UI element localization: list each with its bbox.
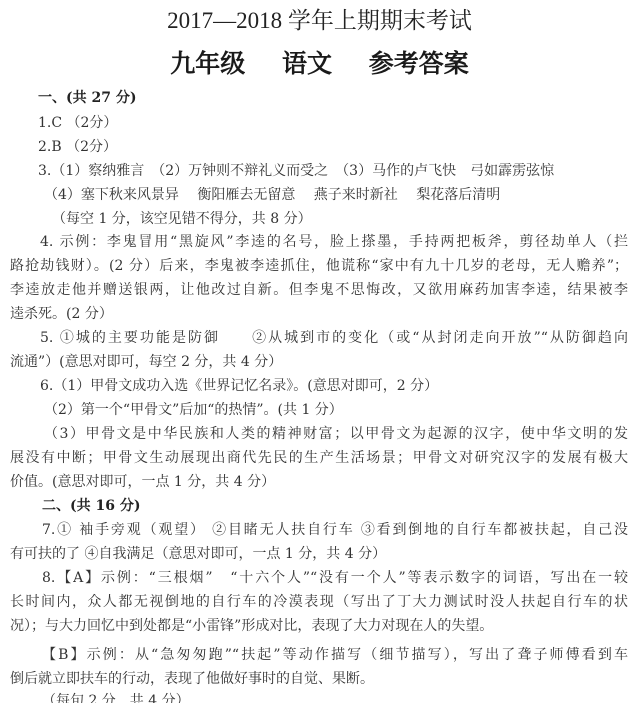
answer-key-title: 九年级 语文 参考答案 — [0, 44, 639, 80]
answer-q4-line1: 4. 示例：李鬼冒用“黑旋风”李逵的名号，脸上搽墨，手持两把板斧，剪径劫单人（拦 — [40, 232, 628, 252]
answer-q3-line1: 3.（1）察纳雅言 （2）万钟则不辩礼义而受之 （3）马作的卢飞快 弓如霹雳弦惊 — [38, 161, 630, 181]
answer-q7-line2: 有可扶的了 ④自我满足（意思对即可，一点 1 分，共 4 分） — [10, 544, 630, 564]
answer-q5-line2: 流通”）(意思对即可，每空 2 分，共 4 分） — [10, 352, 630, 372]
answer-q6-line3: （3）甲骨文是中华民族和人类的精神财富；以甲骨文为起源的汉字，使中华文明的发 — [44, 424, 628, 444]
answer-q6-line5: 价值。(意思对即可，一点 1 分，共 4 分） — [10, 472, 630, 492]
answer-q6-line1: 6.（1）甲骨文成功入选《世界记忆名录》。(意思对即可，2 分） — [40, 376, 639, 396]
section-one-heading: 一、(共 27 分) — [38, 88, 639, 108]
answer-q1: 1.C （2分） — [38, 113, 639, 133]
exam-title: 2017—2018 学年上期期末考试 — [0, 2, 639, 35]
answer-key-label: 参考答案 — [369, 49, 469, 78]
answer-q6-line2: （2）第一个“甲骨文”后加“的热情”。(共 1 分） — [44, 400, 639, 420]
answer-q3-line2: （4）塞下秋来风景异 衡阳雁去无留意 燕子来时新社 梨花落后清明 — [44, 185, 639, 205]
answer-q8b-line2: 倒后就立即扶车的行动，表现了他做好事时的自觉、果断。 — [10, 669, 630, 689]
answer-q5-line1: 5. ①城的主要功能是防御 ②从城到市的变化（或“从封闭走向开放”“从防御趋向 — [40, 328, 628, 348]
subject-label: 语文 — [282, 49, 332, 78]
answer-q8a-line1: 8.【A】示例：“三根烟” “十六个人”“没有一个人”等表示数字的词语，写出在一… — [42, 568, 628, 588]
answer-q6-line4: 展没有中断；甲骨文生动展现出商代先民的生产生活场景；甲骨文对研究汉字的发展有极大 — [10, 448, 628, 468]
answer-q4-line4: 逵杀死。(2 分） — [10, 304, 630, 324]
grade-label: 九年级 — [170, 49, 245, 78]
answer-q4-line2: 路抢劫钱财）。(2 分）后来，李鬼被李逵抓住，他谎称“家中有九十几岁的老母，无人… — [10, 256, 628, 276]
answer-q7-line1: 7.① 袖手旁观（观望） ②目睹无人扶自行车 ③看到倒地的自行车都被扶起，自己没 — [42, 520, 628, 540]
answer-q3-note: （每空 1 分，该空见错不得分，共 8 分） — [52, 209, 639, 229]
answer-q8b-line1: 【B】示例：从“急匆匆跑”“扶起”等动作描写（细节描写），写出了聋子师傅看到车 — [42, 645, 628, 665]
section-two-heading: 二、(共 16 分) — [42, 496, 639, 516]
answer-q8-note: （每句 2 分，共 4 分） — [42, 691, 639, 703]
answer-q8a-line3: 况）；与大力回忆中到处都是“小雷锋”形成对比，表现了大力对现在人的失望。 — [10, 616, 630, 636]
answer-q4-line3: 李逵放走他并赠送银两，让他改过自新。但李鬼不思悔改，又欲用麻药加害李逵，结果被李 — [10, 280, 628, 300]
answer-q2: 2.B （2分） — [38, 137, 639, 157]
answer-q8a-line2: 长时间内，众人都无视倒地的自行车的冷漠表现（写出了丁大力测试时没人扶起自行车的状 — [10, 592, 628, 612]
